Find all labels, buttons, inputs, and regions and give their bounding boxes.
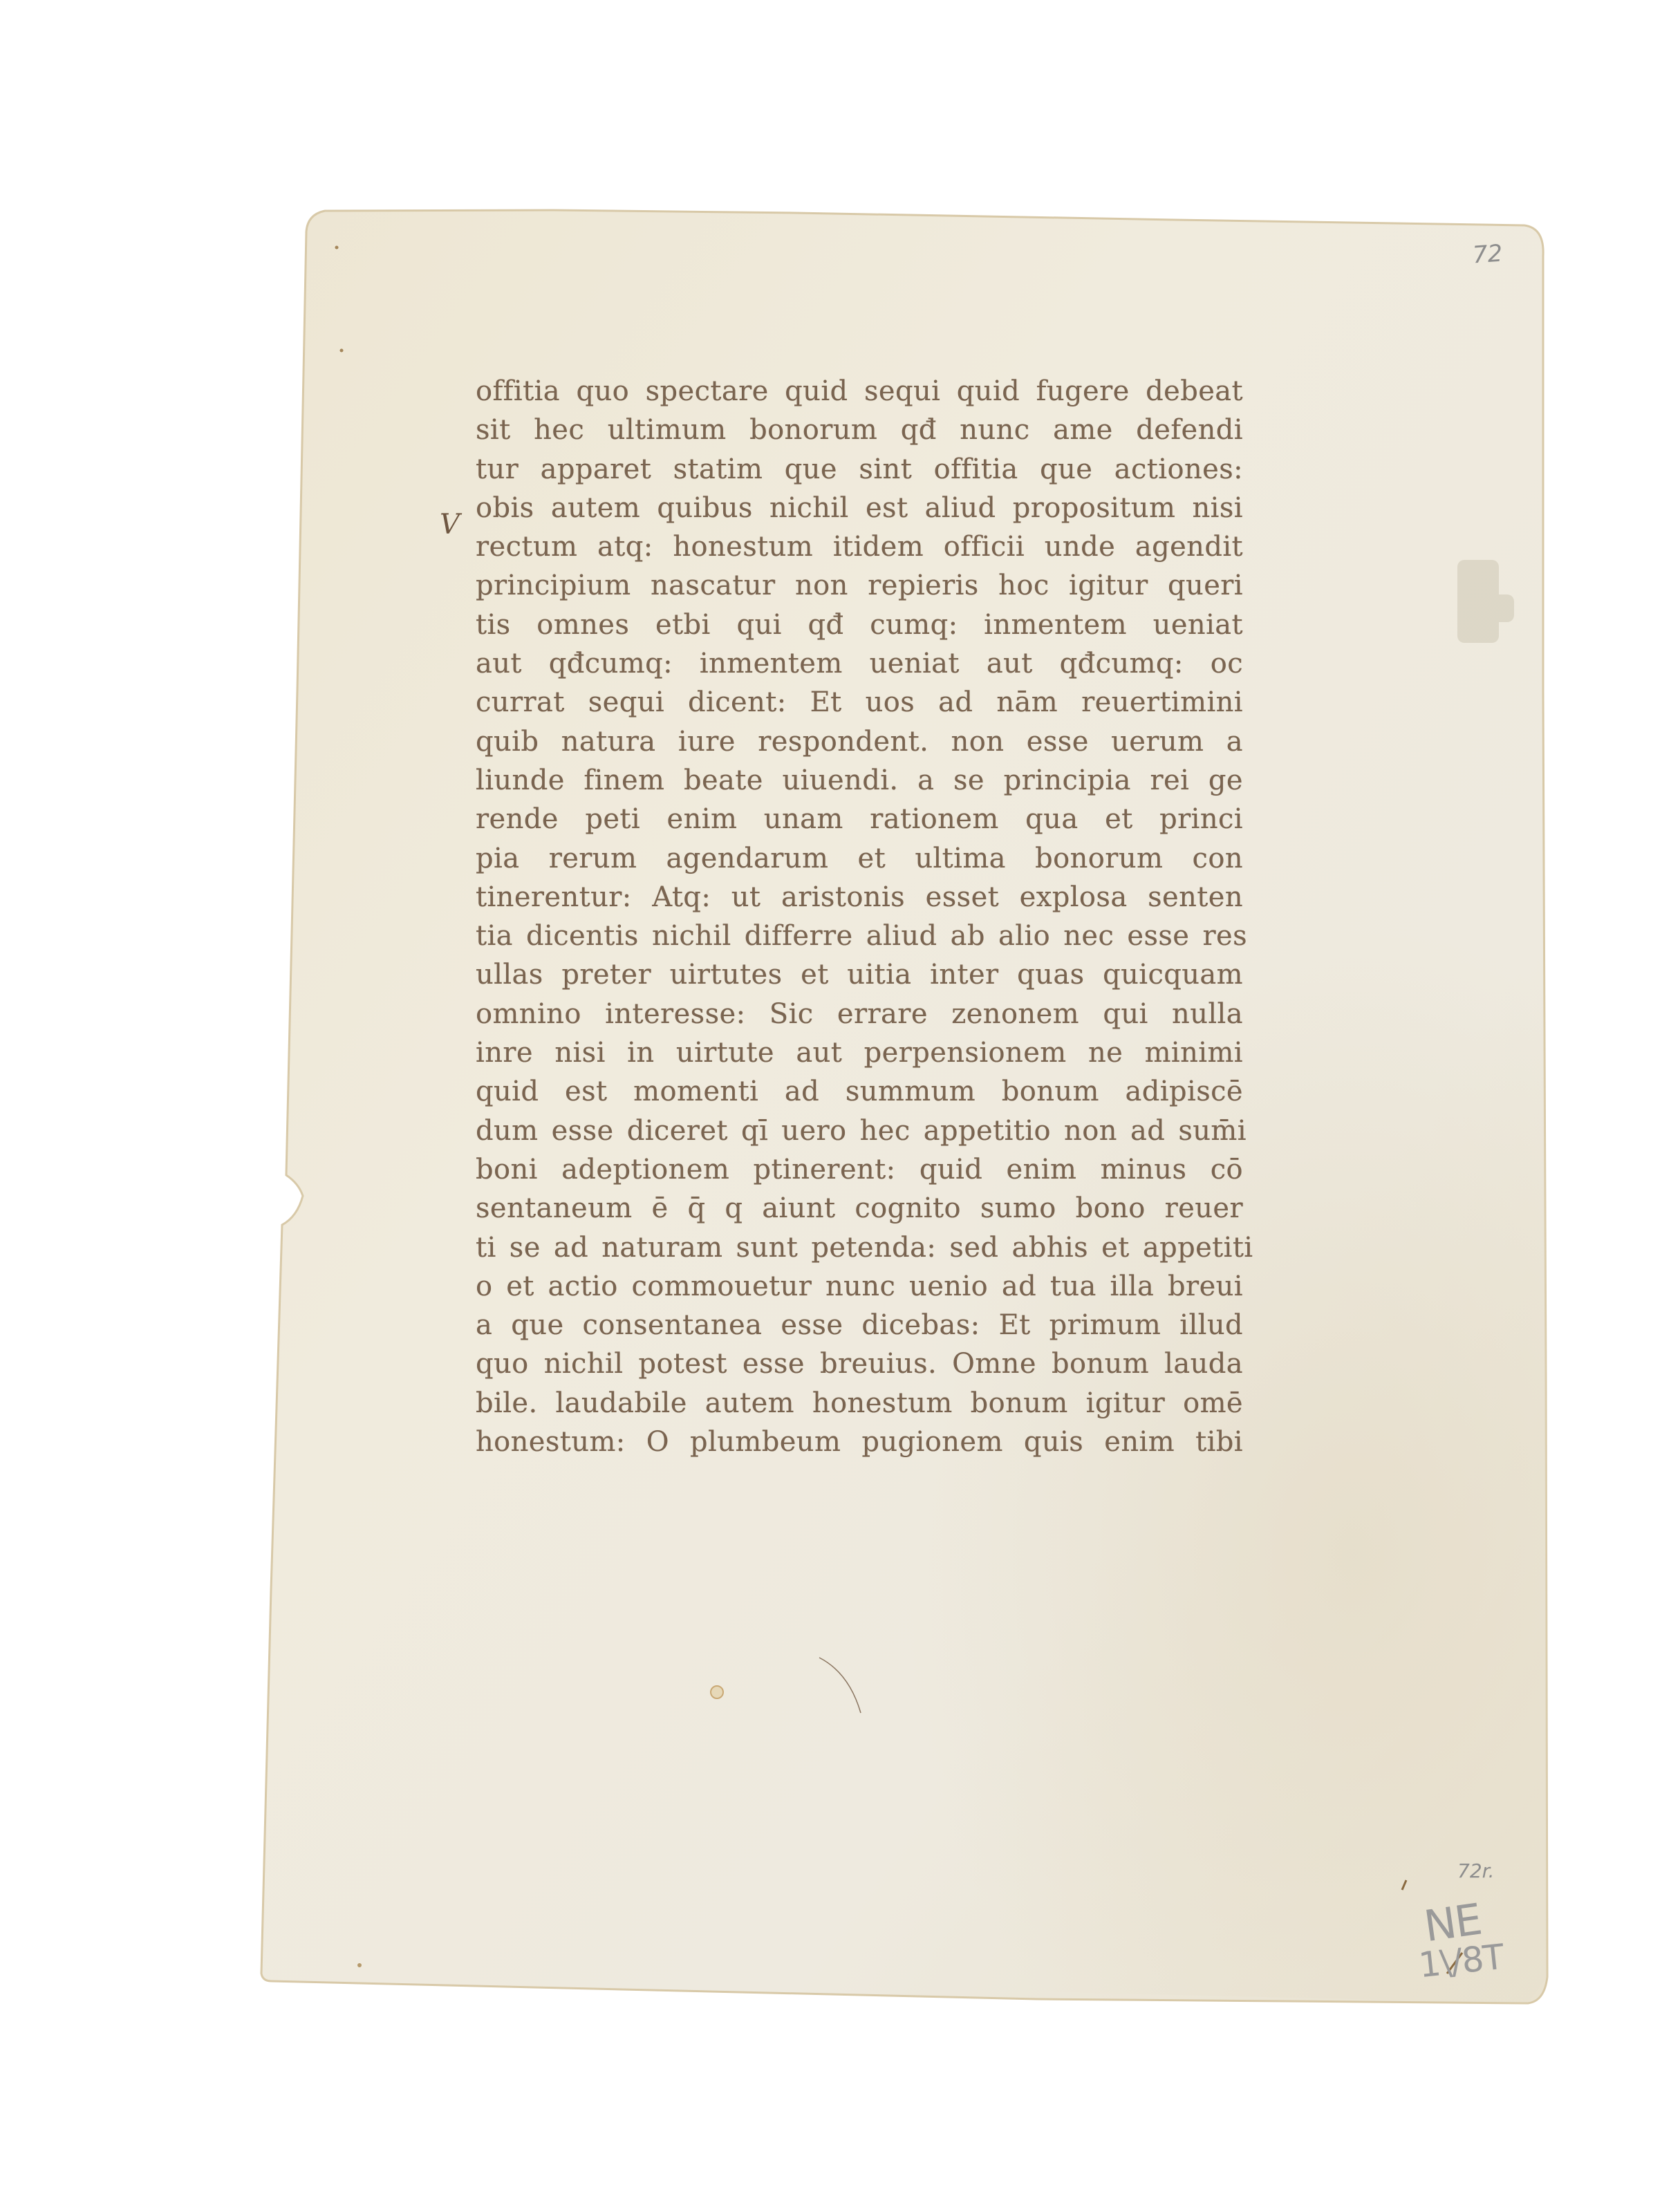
text-line-7: tis omnes etbi qui qđ cumq: inmentem uen… — [476, 606, 1243, 644]
text-line-18: inre nisi in uirtute aut perpensionem ne… — [476, 1033, 1243, 1072]
text-line-9: currat sequi dicent: Et uos ad nām reuer… — [476, 683, 1243, 722]
text-line-2: sit hec ultimum bonorum qđ nunc ame defe… — [476, 411, 1243, 449]
text-line-3: tur apparet statim que sint offitia que … — [476, 450, 1243, 489]
text-line-16: ullas preter uirtutes et uitia inter qua… — [476, 955, 1243, 994]
text-line-27: bile. laudabile autem honestum bonum igi… — [476, 1384, 1243, 1423]
initial-letter-v: V — [440, 509, 460, 541]
prick-mark — [357, 1963, 362, 1967]
text-line-17: omnino interesse: Sic errare zenonem qui… — [476, 995, 1243, 1033]
text-line-22: sentaneum ē q̄ q aiunt cognito sumo bono… — [476, 1189, 1243, 1228]
text-line-6: principium nascatur non repieris hoc igi… — [476, 566, 1243, 605]
text-line-14: tinerentur: Atq: ut aristonis esset expl… — [476, 878, 1243, 917]
text-line-20: dum esse diceret qī uero hec appetitio n… — [476, 1112, 1243, 1150]
text-line-11: liunde finem beate uiuendi. a se princip… — [476, 761, 1243, 800]
parchment-hole — [711, 1686, 723, 1698]
text-line-12: rende peti enim unam rationem qua et pri… — [476, 800, 1243, 838]
text-line-13: pia rerum agendarum et ultima bonorum co… — [476, 839, 1243, 878]
text-line-25: a que consentanea esse dicebas: Et primu… — [476, 1306, 1243, 1344]
text-line-8: aut qđcumq: inmentem ueniat aut qđcumq: … — [476, 644, 1243, 683]
prick-mark — [335, 246, 339, 250]
text-line-1: offitia quo spectare quid sequi quid fug… — [476, 372, 1243, 411]
text-line-24: o et actio commouetur nunc uenio ad tua … — [476, 1267, 1243, 1306]
text-line-5: rectum atq: honestum itidem officii unde… — [476, 527, 1243, 566]
folio-number-top: 72 — [1472, 240, 1504, 270]
text-line-26: quo nichil potest esse breuius. Omne bon… — [476, 1344, 1243, 1383]
text-line-23: ti se ad naturam sunt petenda: sed abhis… — [476, 1228, 1243, 1267]
manuscript-text-block: offitia quo spectare quid sequi quid fug… — [476, 372, 1243, 1461]
prick-mark — [340, 349, 344, 353]
text-line-21: boni adeptionem ptinerent: quid enim min… — [476, 1150, 1243, 1189]
text-line-10: quib natura iure respondent. non esse ue… — [476, 722, 1243, 761]
text-line-15: tia dicentis nichil differre aliud ab al… — [476, 917, 1243, 955]
text-line-19: quid est momenti ad summum bonum adipisc… — [476, 1072, 1243, 1111]
text-line-28: honestum: O plumbeum pugionem quis enim … — [476, 1423, 1243, 1461]
folio-number-bottom: 72r. — [1457, 1859, 1494, 1882]
text-line-4: obis autem quibus nichil est aliud propo… — [476, 489, 1243, 527]
